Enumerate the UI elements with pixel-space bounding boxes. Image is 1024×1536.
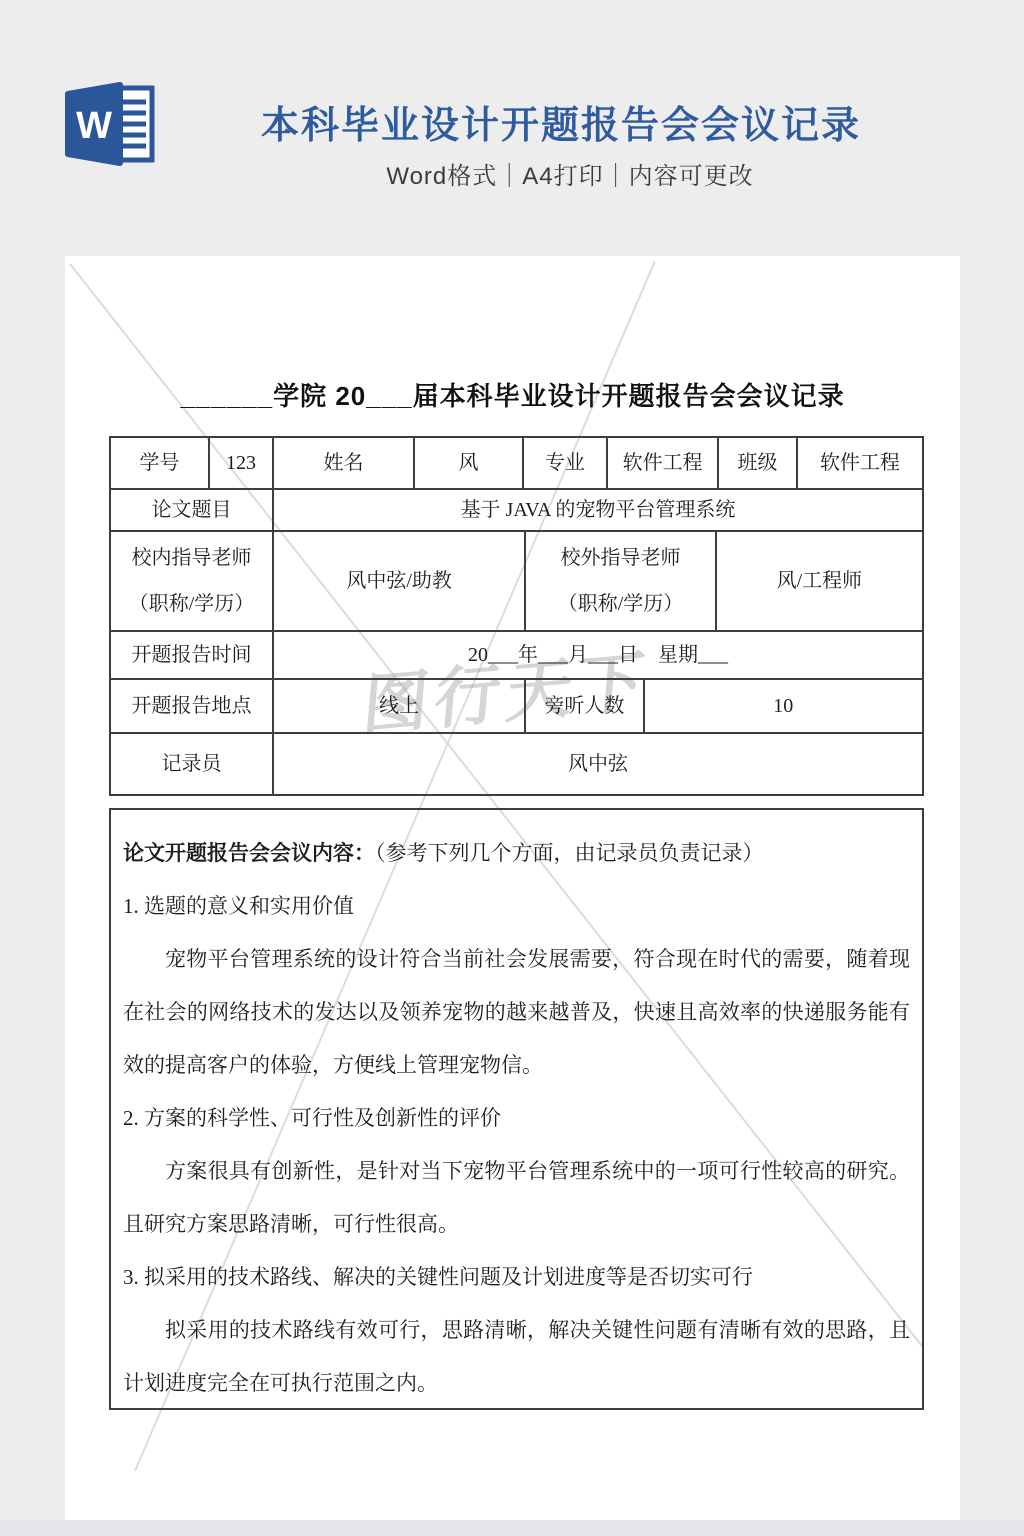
section-1-body: 宠物平台管理系统的设计符合当前社会发展需要，符合现在时代的需要，随着现在社会的网…: [123, 933, 910, 1092]
cell-name-value: 风: [415, 438, 524, 488]
cell-report-time-value: 20___年___月___日 星期___: [274, 632, 922, 678]
cell-student-id-label: 学号: [111, 438, 210, 488]
cell-external-advisor-label: 校外指导老师 （职称/学历）: [526, 532, 717, 630]
table-row: 记录员 风中弦: [111, 734, 922, 794]
bottom-strip: [0, 1520, 1024, 1536]
info-table: 学号 123 姓名 风 专业 软件工程 班级 软件工程 论文题目 基于 JAVA…: [109, 436, 924, 796]
section-1-title: 1. 选题的意义和实用价值: [123, 880, 910, 933]
meeting-content-box: 论文开题报告会会议内容：（参考下列几个方面，由记录员负责记录） 1. 选题的意义…: [109, 808, 924, 1410]
table-row: 学号 123 姓名 风 专业 软件工程 班级 软件工程: [111, 438, 922, 490]
document-page: 图行天下 ______学院 20___届本科毕业设计开题报告会会议记录 学号 1…: [65, 256, 960, 1520]
section-2-body: 方案很具有创新性，是针对当下宠物平台管理系统中的一项可行性较高的研究。且研究方案…: [123, 1145, 910, 1251]
table-row: 开题报告时间 20___年___月___日 星期___: [111, 632, 922, 680]
cell-class-label: 班级: [719, 438, 798, 488]
cell-major-label: 专业: [524, 438, 608, 488]
template-preview-page: W 本科毕业设计开题报告会会议记录 Word格式｜A4打印｜内容可更改 图行天下…: [0, 0, 1024, 1536]
cell-name-label: 姓名: [274, 438, 415, 488]
section-3-title: 3. 拟采用的技术路线、解决的关键性问题及计划进度等是否切实可行: [123, 1251, 910, 1304]
cell-thesis-title-value: 基于 JAVA 的宠物平台管理系统: [274, 490, 922, 530]
content-heading-bold: 论文开题报告会会议内容：: [123, 842, 375, 865]
table-row: 论文题目 基于 JAVA 的宠物平台管理系统: [111, 490, 922, 532]
content-heading: 论文开题报告会会议内容：（参考下列几个方面，由记录员负责记录）: [123, 827, 910, 880]
cell-recorder-value: 风中弦: [274, 734, 922, 794]
cell-report-place-value: 线上: [274, 680, 526, 732]
content-heading-note: （参考下列几个方面，由记录员负责记录）: [375, 841, 764, 865]
table-row: 开题报告地点 线上 旁听人数 10: [111, 680, 922, 734]
section-2-title: 2. 方案的科学性、可行性及创新性的评价: [123, 1092, 910, 1145]
cell-report-time-label: 开题报告时间: [111, 632, 274, 678]
table-row: 校内指导老师 （职称/学历） 风中弦/助教 校外指导老师 （职称/学历） 风/工…: [111, 532, 922, 632]
cell-audience-value: 10: [645, 680, 922, 732]
cell-major-value: 软件工程: [608, 438, 719, 488]
cell-thesis-title-label: 论文题目: [111, 490, 274, 530]
template-subtitle: Word格式｜A4打印｜内容可更改: [116, 156, 1024, 191]
cell-internal-advisor-value: 风中弦/助教: [274, 532, 526, 630]
cell-report-place-label: 开题报告地点: [111, 680, 274, 732]
cell-recorder-label: 记录员: [111, 734, 274, 794]
document-title: ______学院 20___届本科毕业设计开题报告会会议记录: [65, 376, 960, 413]
cell-student-id-value: 123: [210, 438, 274, 488]
cell-audience-label: 旁听人数: [526, 680, 644, 732]
section-3-body: 拟采用的技术路线有效可行，思路清晰，解决关键性问题有清晰有效的思路，且计划进度完…: [123, 1304, 910, 1410]
template-title: 本科毕业设计开题报告会会议记录: [98, 94, 1024, 149]
cell-class-value: 软件工程: [798, 438, 922, 488]
cell-external-advisor-value: 风/工程师: [717, 532, 922, 630]
cell-internal-advisor-label: 校内指导老师 （职称/学历）: [111, 532, 274, 630]
